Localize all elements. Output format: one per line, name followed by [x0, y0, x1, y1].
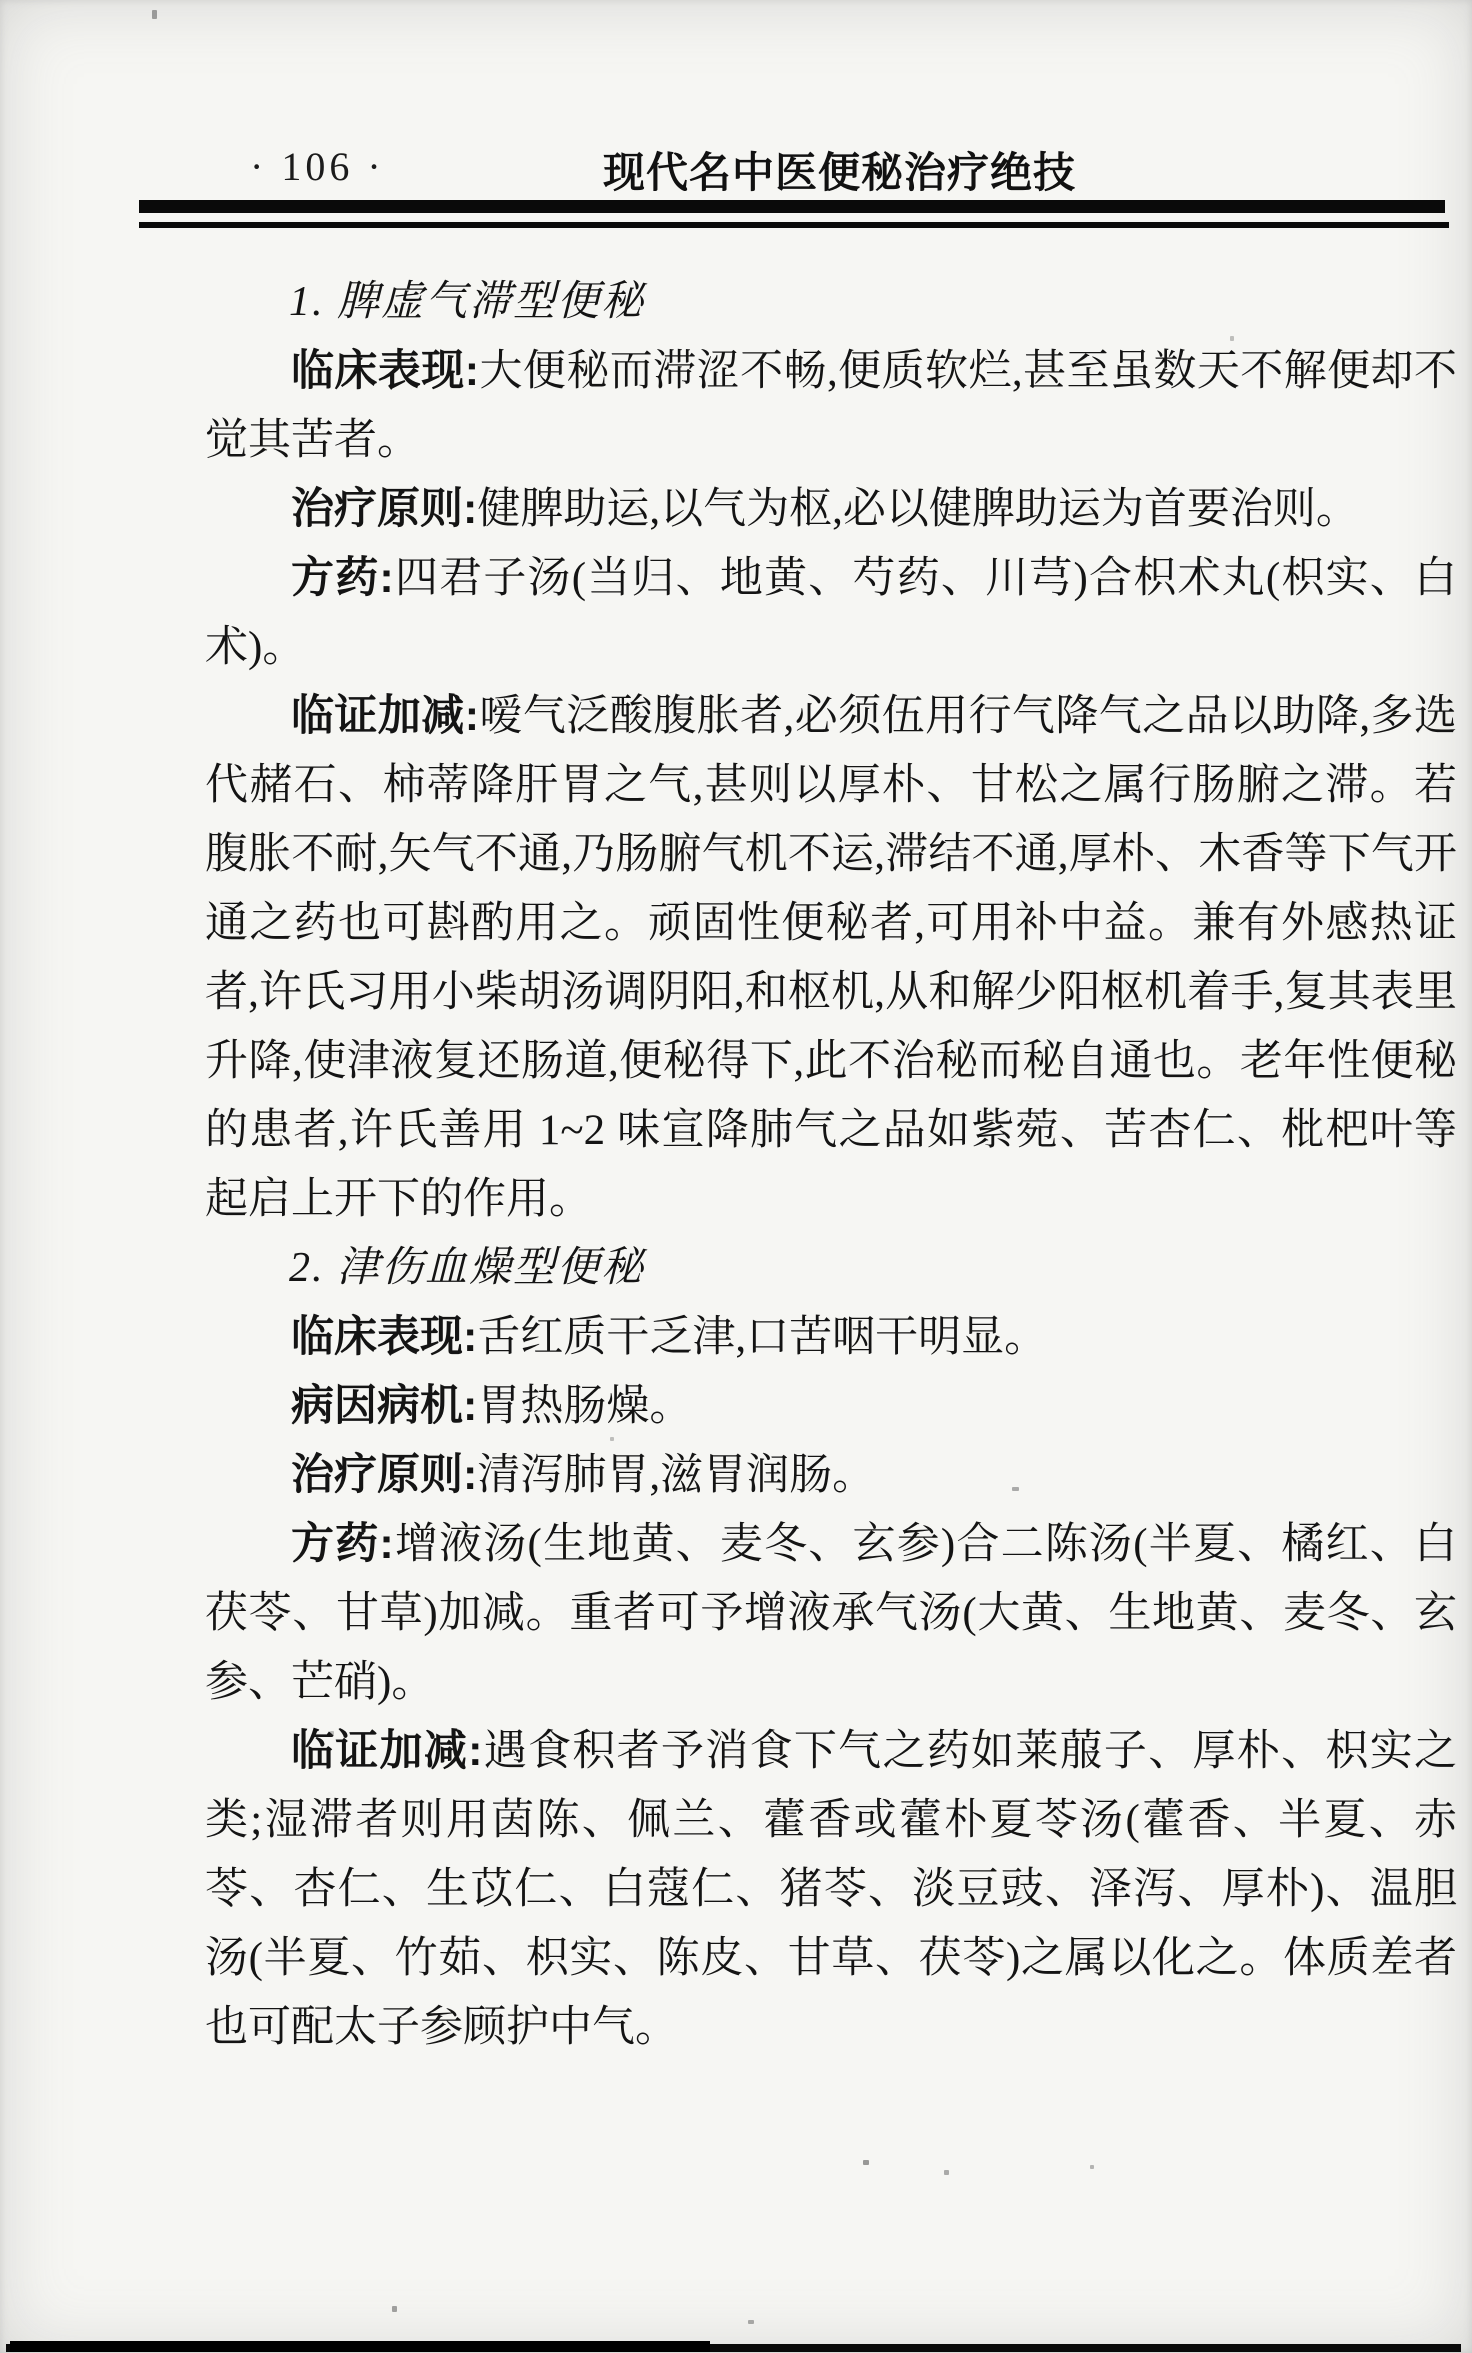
paragraph-text: 舌红质干乏津,口苦咽干明显。: [477, 1314, 1047, 1361]
paragraph-text: 健脾助运,以气为枢,必以健脾助运为首要治则。: [477, 486, 1359, 533]
scan-speck: [863, 2160, 869, 2165]
scan-speck: [610, 1437, 614, 1441]
paragraph-text: 清泻肺胃,滋胃润肠。: [477, 1452, 875, 1499]
paragraph-label: 方药:: [291, 554, 394, 602]
heading-text: 2. 津伤血燥型便秘: [289, 1245, 645, 1291]
paragraph-label: 治疗原则:: [291, 1451, 477, 1499]
scan-speck: [152, 10, 157, 19]
paragraph-label: 临证加减:: [291, 692, 479, 740]
page-number: · 106 ·: [250, 143, 385, 190]
paragraph: 临床表现:舌红质干乏津,口苦咽干明显。: [205, 1303, 1457, 1372]
paragraph-text: 增液汤(生地黄、麦冬、玄参)合二陈汤(半夏、橘红、白茯苓、甘草)加减。重者可予增…: [205, 1521, 1457, 1706]
paragraph: 临证加减:遇食积者予消食下气之药如莱菔子、厚朴、枳实之类;湿滞者则用茵陈、佩兰、…: [205, 1717, 1457, 2062]
paragraph-text: 胃热肠燥。: [477, 1383, 692, 1430]
paragraph: 临证加减:嗳气泛酸腹胀者,必须伍用行气降气之品以助降,多选代赭石、柿蒂降肝胃之气…: [205, 682, 1457, 1234]
paragraph: 方药:四君子汤(当归、地黄、芍药、川芎)合枳术丸(枳实、白术)。: [205, 544, 1457, 682]
paragraph-label: 方药:: [291, 1520, 394, 1568]
scan-speck: [748, 2320, 754, 2324]
scan-speck: [1012, 1487, 1019, 1491]
heading-text: 1. 脾虚气滞型便秘: [289, 279, 645, 325]
paragraph-label: 病因病机:: [291, 1382, 477, 1430]
paragraph-text: 遇食积者予消食下气之药如莱菔子、厚朴、枳实之类;湿滞者则用茵陈、佩兰、藿香或藿朴…: [205, 1728, 1457, 2051]
scan-speck: [330, 1731, 334, 1736]
paragraph-text: 四君子汤(当归、地黄、芍药、川芎)合枳术丸(枳实、白术)。: [205, 555, 1457, 671]
header-rule-thick: [139, 200, 1445, 213]
paragraph-label: 临床表现:: [291, 347, 479, 395]
paragraph: 方药:增液汤(生地黄、麦冬、玄参)合二陈汤(半夏、橘红、白茯苓、甘草)加减。重者…: [205, 1510, 1457, 1717]
section-heading: 1. 脾虚气滞型便秘: [205, 268, 1457, 337]
page-body: 1. 脾虚气滞型便秘临床表现:大便秘而滞涩不畅,便质软烂,甚至虽数天不解便却不觉…: [205, 268, 1457, 2062]
paragraph-text: 嗳气泛酸腹胀者,必须伍用行气降气之品以助降,多选代赭石、柿蒂降肝胃之气,甚则以厚…: [205, 693, 1457, 1223]
book-title: 现代名中医便秘治疗绝技: [603, 140, 1076, 200]
scan-speck: [392, 2306, 397, 2312]
section-heading: 2. 津伤血燥型便秘: [205, 1234, 1457, 1303]
paragraph-label: 临床表现:: [291, 1313, 477, 1361]
paragraph: 临床表现:大便秘而滞涩不畅,便质软烂,甚至虽数天不解便却不觉其苦者。: [205, 337, 1457, 475]
paragraph: 病因病机:胃热肠燥。: [205, 1372, 1457, 1441]
scan-speck: [1090, 2165, 1094, 2169]
bottom-rule-left-segment: [10, 2341, 710, 2352]
paragraph-label: 临证加减:: [291, 1727, 483, 1775]
scan-speck: [944, 2170, 949, 2175]
scanned-book-page: { "colors": { "paper": "#f6f6f3", "ink":…: [0, 0, 1472, 2353]
paragraph: 治疗原则:清泻肺胃,滋胃润肠。: [205, 1441, 1457, 1510]
paragraph-label: 治疗原则:: [291, 485, 477, 533]
header-rule-thin: [139, 222, 1449, 228]
scan-speck: [1230, 336, 1234, 341]
paragraph: 治疗原则:健脾助运,以气为枢,必以健脾助运为首要治则。: [205, 475, 1457, 544]
